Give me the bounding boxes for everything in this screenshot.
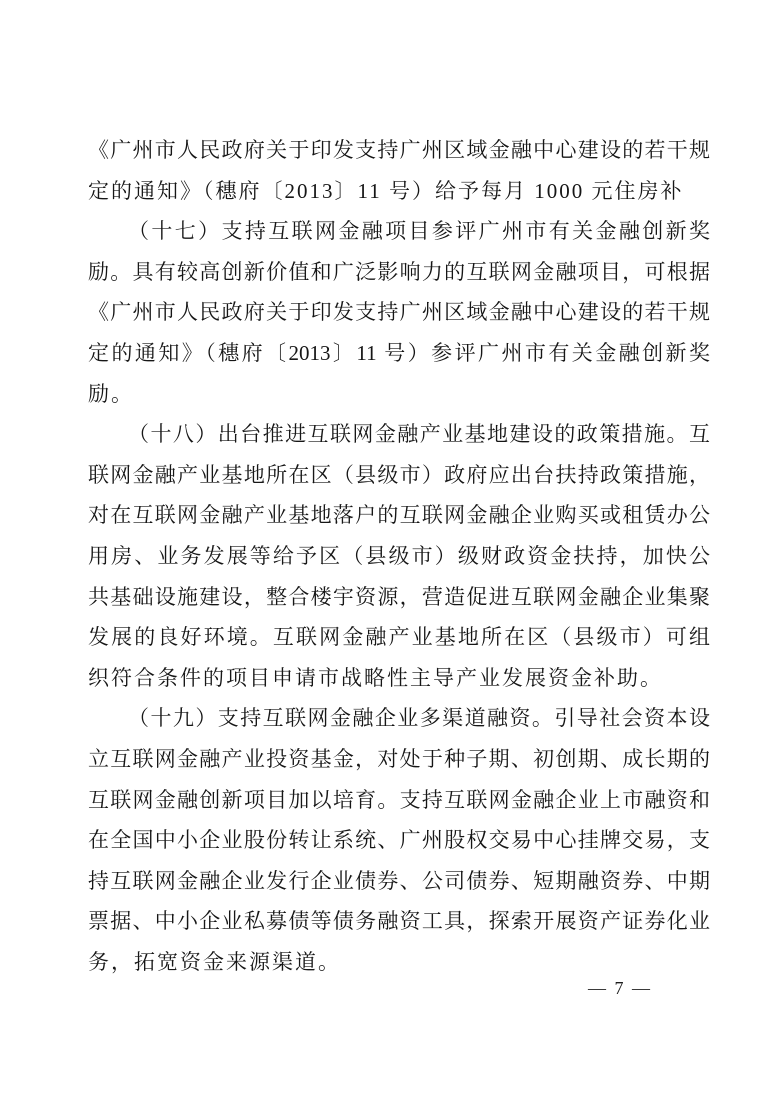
text-line: 《广州市人民政府关于印发支持广州区域金融中心建设的若干规 (88, 130, 710, 171)
page-number: — 7 — (588, 976, 652, 1000)
text-line: 励。具有较高创新价值和广泛影响力的互联网金融项目，可根据 (88, 252, 710, 293)
text-line: 定的通知》（穗府〔2013〕11 号）给予每月 1000 元住房补贴。 (88, 171, 710, 212)
text-line: 用房、业务发展等给予区（县级市）级财政资金扶持，加快公 (88, 536, 710, 577)
text-line: 定的通知》（穗府〔2013〕11 号）参评广州市有关金融创新奖 (88, 333, 710, 374)
document-page: 《广州市人民政府关于印发支持广州区域金融中心建设的若干规 定的通知》（穗府〔20… (0, 0, 777, 1100)
text-line: 共基础设施建设，整合楼宇资源，营造促进互联网金融企业集聚 (88, 577, 710, 618)
text-line: 对在互联网金融产业基地落户的互联网金融企业购买或租赁办公 (88, 495, 710, 536)
text-line: 励。 (88, 374, 710, 415)
text-line: 《广州市人民政府关于印发支持广州区域金融中心建设的若干规 (88, 292, 710, 333)
paragraph-19-start-line: （十九）支持互联网金融企业多渠道融资。引导社会资本设 (88, 698, 710, 739)
text-line: 在全国中小企业股份转让系统、广州股权交易中心挂牌交易，支 (88, 820, 710, 861)
text-line: 票据、中小企业私募债等债务融资工具，探索开展资产证券化业 (88, 901, 710, 942)
text-line: 互联网金融创新项目加以培育。支持互联网金融企业上市融资和 (88, 780, 710, 821)
document-body: 《广州市人民政府关于印发支持广州区域金融中心建设的若干规 定的通知》（穗府〔20… (88, 130, 710, 982)
text-line: 织符合条件的项目申请市战略性主导产业发展资金补助。 (88, 658, 710, 699)
text-line: 持互联网金融企业发行企业债券、公司债券、短期融资券、中期 (88, 861, 710, 902)
text-line: 联网金融产业基地所在区（县级市）政府应出台扶持政策措施， (88, 455, 710, 496)
text-line: 立互联网金融产业投资基金，对处于种子期、初创期、成长期的 (88, 739, 710, 780)
text-line: 发展的良好环境。互联网金融产业基地所在区（县级市）可组 (88, 617, 710, 658)
paragraph-18-start-line: （十八）出台推进互联网金融产业基地建设的政策措施。互 (88, 414, 710, 455)
paragraph-17-start-line: （十七）支持互联网金融项目参评广州市有关金融创新奖 (88, 211, 710, 252)
